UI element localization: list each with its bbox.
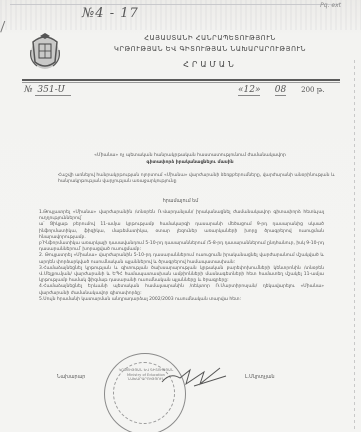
corner-handwritten-note: Pq. ext bbox=[320, 2, 341, 9]
handwritten-signature-icon bbox=[160, 362, 230, 392]
handwritten-reference-number: №4 - 17 bbox=[82, 6, 139, 21]
header-republic: ՀԱՅԱՍՏԱՆԻ ՀԱՆՐԱՊԵՏՈՒԹՅՈՒՆ bbox=[60, 34, 360, 42]
date-day: «12» bbox=[238, 85, 260, 96]
subject-line-2: գիտափորձ իրականացնելու մասին bbox=[146, 160, 233, 165]
signatory-title: Նախարար bbox=[57, 375, 85, 380]
number-prefix: № bbox=[24, 85, 33, 95]
order-number: № 351-Ս bbox=[24, 85, 71, 95]
header-ministry: ԿՐԹՈՒԹՅԱՆ ԵՎ ԳԻՏՈՒԹՅԱՆ ՆԱԽԱՐԱՐՈՒԹՅՈՒՆ bbox=[60, 45, 360, 53]
date-month: 08 bbox=[275, 85, 286, 96]
order-item-4: 4.Համաձայնեցնել Երևանի պետական համալսարա… bbox=[39, 284, 324, 296]
header-rule-thin bbox=[22, 82, 340, 83]
header-order-title: ՀՐԱՄԱՆ bbox=[60, 60, 360, 69]
scan-right-edge bbox=[354, 60, 355, 432]
order-item-3: 3.Համաձայնեցնել կրթության և գիտության ծա… bbox=[39, 266, 324, 285]
armenian-coat-of-arms-icon bbox=[27, 32, 63, 72]
signatory-name: Լ.Մկրտչյան bbox=[245, 375, 275, 380]
header-rule-thick bbox=[22, 79, 340, 81]
order-item-1a: ա՝ Ցիկլաթ բերումով 11-ամյա կրթությամբ հա… bbox=[39, 222, 324, 241]
order-item-1b: բ՝Ինֆորմատիկա առարկայի դասավանդում 5-10-… bbox=[39, 241, 324, 253]
order-date: «12» 08 200 թ. bbox=[238, 85, 324, 95]
scan-edge-line bbox=[10, 4, 340, 5]
order-items: 1.Թույլատրել «Միանա» վարժարանին /տնօրեն … bbox=[39, 210, 324, 303]
order-item-5: 5.Սույն հրամանի կատարման անդրադարձալ 200… bbox=[39, 297, 324, 303]
order-item-1: 1.Թույլատրել «Միանա» վարժարանին /տնօրեն … bbox=[39, 210, 324, 222]
number-value: 351-Ս bbox=[35, 85, 70, 96]
order-subject: «Միանա» ոչ պետական հանրակրթական հաստատու… bbox=[40, 153, 340, 166]
order-directive: հրամայում եմ bbox=[0, 199, 361, 204]
date-year: 200 թ. bbox=[301, 86, 324, 94]
scanned-document-page: Pq. ext №4 - 17 ՀԱՅԱՍՏԱՆԻ ՀԱՆՐԱՊԵՏՈՒԹՅՈՒ… bbox=[0, 0, 361, 432]
preamble-text: Հաշվի առնելով հանրակրթության ոլորտում «Մ… bbox=[58, 173, 338, 186]
order-item-2: 2. Թույլատրել «Միանա» վարժարանին 5-10-րդ… bbox=[39, 253, 324, 265]
